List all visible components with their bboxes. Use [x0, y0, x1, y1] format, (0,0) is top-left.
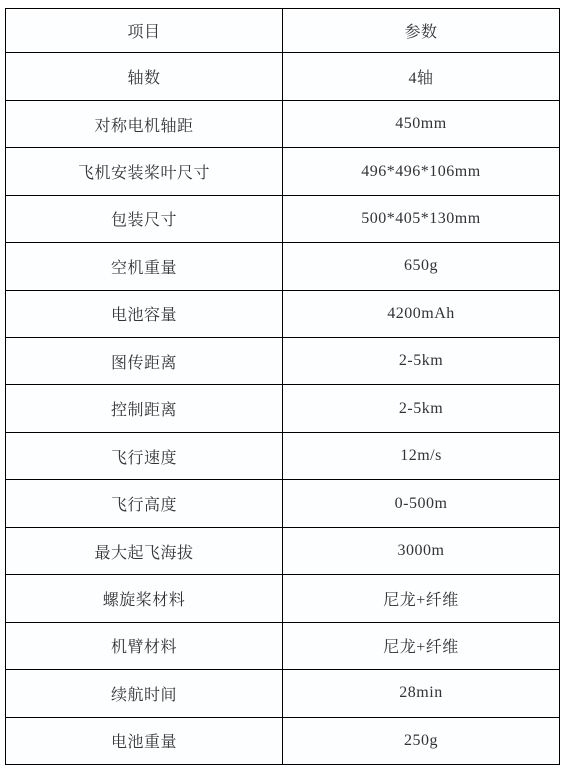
table-row: 续航时间 28min	[6, 670, 560, 717]
item-cell: 图传距离	[6, 338, 283, 385]
item-cell: 电池重量	[6, 717, 283, 764]
value-cell: 500*405*130mm	[283, 195, 560, 242]
item-cell: 轴数	[6, 53, 283, 100]
table-header-row: 项目 参数	[6, 9, 560, 53]
table-row: 飞行高度 0-500m	[6, 480, 560, 527]
value-cell: 0-500m	[283, 480, 560, 527]
item-cell: 续航时间	[6, 670, 283, 717]
item-cell: 最大起飞海拔	[6, 527, 283, 574]
table-row: 对称电机轴距 450mm	[6, 100, 560, 147]
column-header-item: 项目	[6, 9, 283, 53]
item-cell: 飞行速度	[6, 432, 283, 479]
item-cell: 电池容量	[6, 290, 283, 337]
value-cell: 28min	[283, 670, 560, 717]
table-row: 螺旋桨材料 尼龙+纤维	[6, 575, 560, 622]
value-cell: 2-5km	[283, 338, 560, 385]
value-cell: 尼龙+纤维	[283, 575, 560, 622]
value-cell: 3000m	[283, 527, 560, 574]
item-cell: 包装尺寸	[6, 195, 283, 242]
value-cell: 尼龙+纤维	[283, 622, 560, 669]
item-cell: 空机重量	[6, 243, 283, 290]
table-row: 包装尺寸 500*405*130mm	[6, 195, 560, 242]
table-row: 机臂材料 尼龙+纤维	[6, 622, 560, 669]
item-cell: 螺旋桨材料	[6, 575, 283, 622]
value-cell: 4轴	[283, 53, 560, 100]
spec-table: 项目 参数 轴数 4轴 对称电机轴距 450mm 飞机安装桨叶尺寸 496*49…	[5, 8, 560, 765]
column-header-value: 参数	[283, 9, 560, 53]
item-cell: 飞机安装桨叶尺寸	[6, 148, 283, 195]
table-row: 轴数 4轴	[6, 53, 560, 100]
value-cell: 450mm	[283, 100, 560, 147]
item-cell: 控制距离	[6, 385, 283, 432]
table-row: 飞机安装桨叶尺寸 496*496*106mm	[6, 148, 560, 195]
value-cell: 650g	[283, 243, 560, 290]
table-row: 电池容量 4200mAh	[6, 290, 560, 337]
table-row: 控制距离 2-5km	[6, 385, 560, 432]
value-cell: 12m/s	[283, 432, 560, 479]
table-row: 空机重量 650g	[6, 243, 560, 290]
table-row: 飞行速度 12m/s	[6, 432, 560, 479]
table-row: 图传距离 2-5km	[6, 338, 560, 385]
table-row: 最大起飞海拔 3000m	[6, 527, 560, 574]
value-cell: 496*496*106mm	[283, 148, 560, 195]
item-cell: 机臂材料	[6, 622, 283, 669]
value-cell: 250g	[283, 717, 560, 764]
table-row: 电池重量 250g	[6, 717, 560, 764]
value-cell: 2-5km	[283, 385, 560, 432]
item-cell: 飞行高度	[6, 480, 283, 527]
value-cell: 4200mAh	[283, 290, 560, 337]
item-cell: 对称电机轴距	[6, 100, 283, 147]
